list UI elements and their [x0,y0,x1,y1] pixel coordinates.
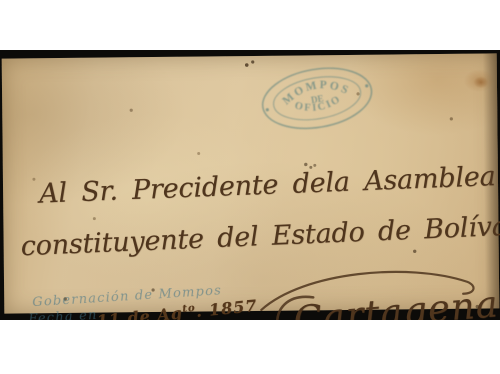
photo-backdrop: MOMPOS OFICIO DE Al Sr. Precidente dela … [0,50,500,320]
manuscript-date-day: 11 de Ag [96,303,184,320]
postmark-center-text: DE [310,93,324,105]
envelope-paper: MOMPOS OFICIO DE Al Sr. Precidente dela … [2,53,500,313]
address-line-1: Al Sr. Precidente dela Asamblea [39,161,496,210]
destination-script: Cartagena [249,261,495,320]
manuscript-date-superscript: to [182,303,196,315]
address-line-2: constituyente del Estado de Bolívar [20,210,500,262]
cover-photograph: MOMPOS OFICIO DE Al Sr. Precidente dela … [0,0,500,374]
postmark-oval-mompos-de-oficio: MOMPOS OFICIO DE [253,56,380,141]
postmark-left-dot [265,108,269,112]
paper-specks [2,59,4,61]
postmark-right-dot [365,84,369,88]
